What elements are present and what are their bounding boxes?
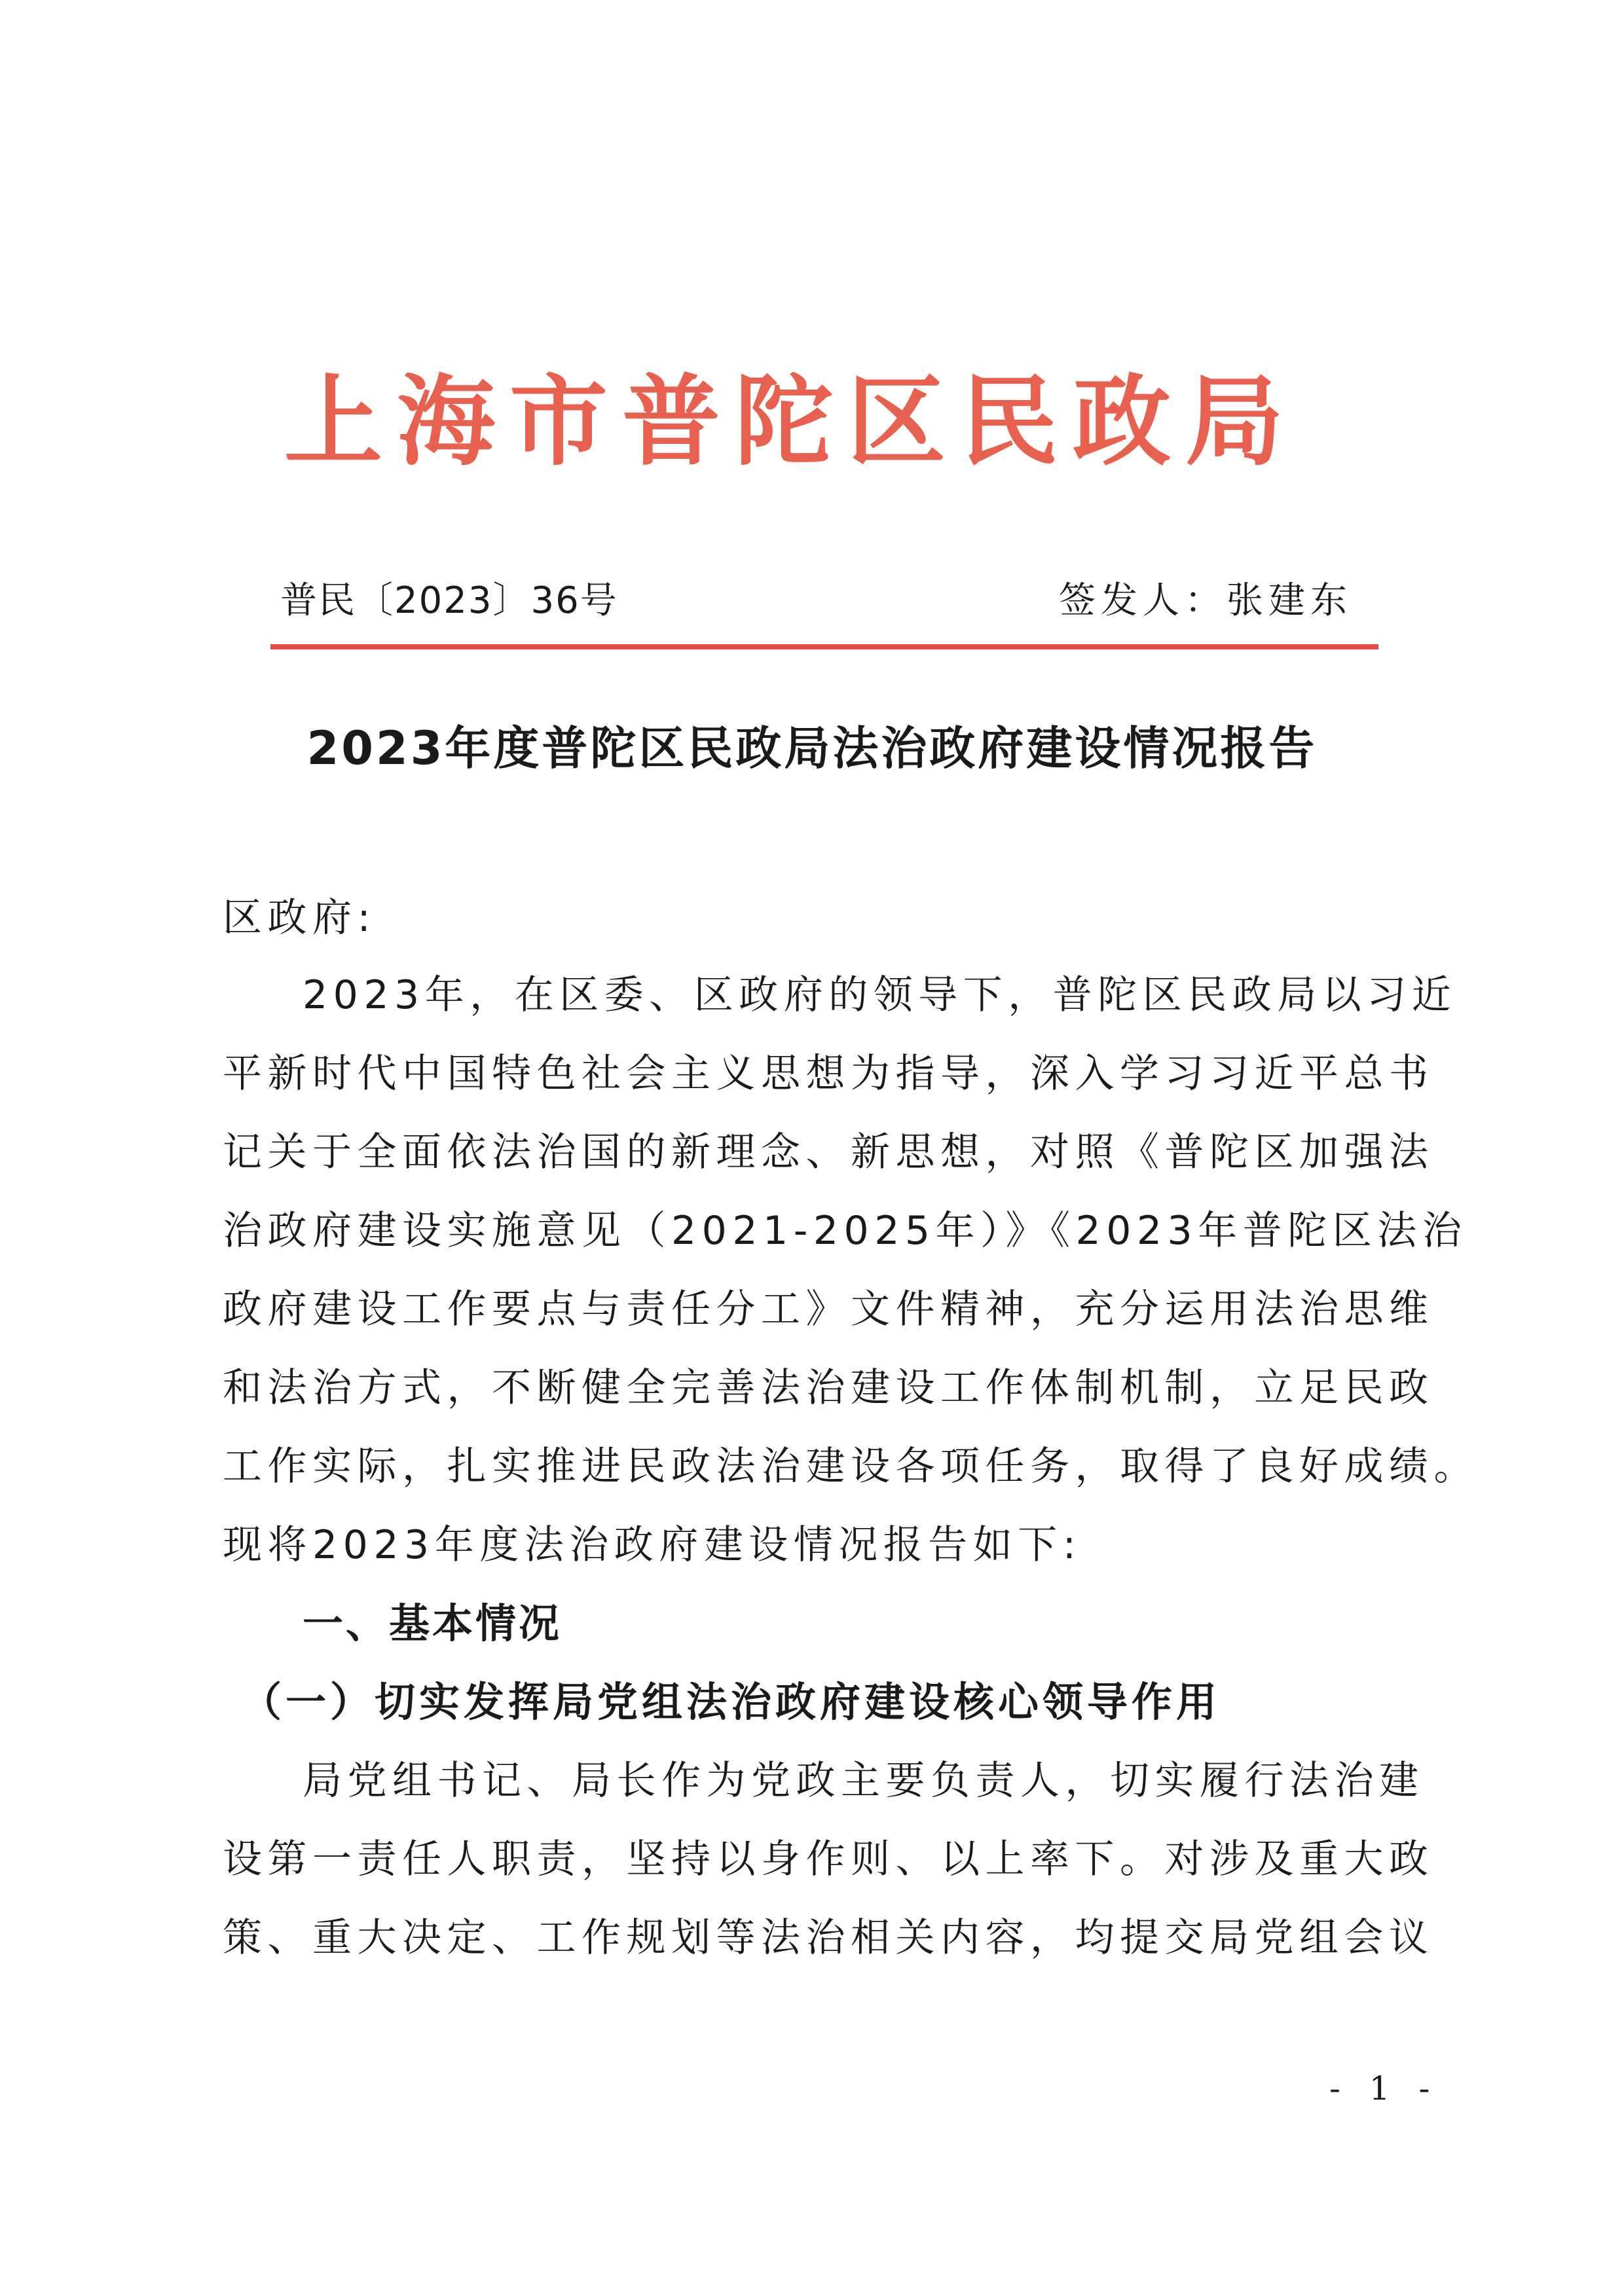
page-number: - 1 - (1329, 2066, 1439, 2111)
paragraph-line: 和法治方式，不断健全完善法治建设工作体制机制，立足民政 (223, 1362, 1434, 1414)
paragraph-line: 工作实际，扎实推进民政法治建设各项任务，取得了良好成绩。 (223, 1440, 1479, 1493)
paragraph-line: 策、重大决定、工作规划等法治相关内容，均提交局党组会议 (223, 1912, 1434, 1964)
issuing-organization-title: 上海市普陀区民政局 (274, 367, 1308, 478)
paragraph-line: 治政府建设实施意见（2021-2025年）》《2023年普陀区法治 (223, 1205, 1467, 1257)
paragraph-line: 平新时代中国特色社会主义思想为指导，深入学习习近平总书 (223, 1048, 1434, 1100)
section-heading: 一、基本情况 (303, 1597, 562, 1650)
paragraph-line: 设第一责任人职责，坚持以身作则、以上率下。对涉及重大政 (223, 1833, 1434, 1886)
salutation: 区政府: (223, 892, 376, 944)
paragraph-line: 2023年，在区委、区政府的领导下，普陀区民政局以习近 (303, 969, 1456, 1021)
document-number: 普民〔2023〕36号 (280, 575, 618, 627)
signer: 签发人：张建东 (1059, 575, 1352, 627)
paragraph-line: 记关于全面依法治国的新理念、新思想，对照《普陀区加强法 (223, 1126, 1434, 1178)
paragraph-line: 局党组书记、局长作为党政主要负责人，切实履行法治建 (303, 1755, 1424, 1807)
paragraph-line: 政府建设工作要点与责任分工》文件精神，充分运用法治思维 (223, 1283, 1434, 1336)
subsection-heading: （一）切实发挥局党组法治政府建设核心领导作用 (241, 1676, 1221, 1728)
letterhead-divider (270, 644, 1378, 649)
paragraph-line: 现将2023年度法治政府建设情况报告如下: (223, 1519, 1081, 1571)
document-title: 2023年度普陀区民政局法治政府建设情况报告 (0, 719, 1624, 778)
